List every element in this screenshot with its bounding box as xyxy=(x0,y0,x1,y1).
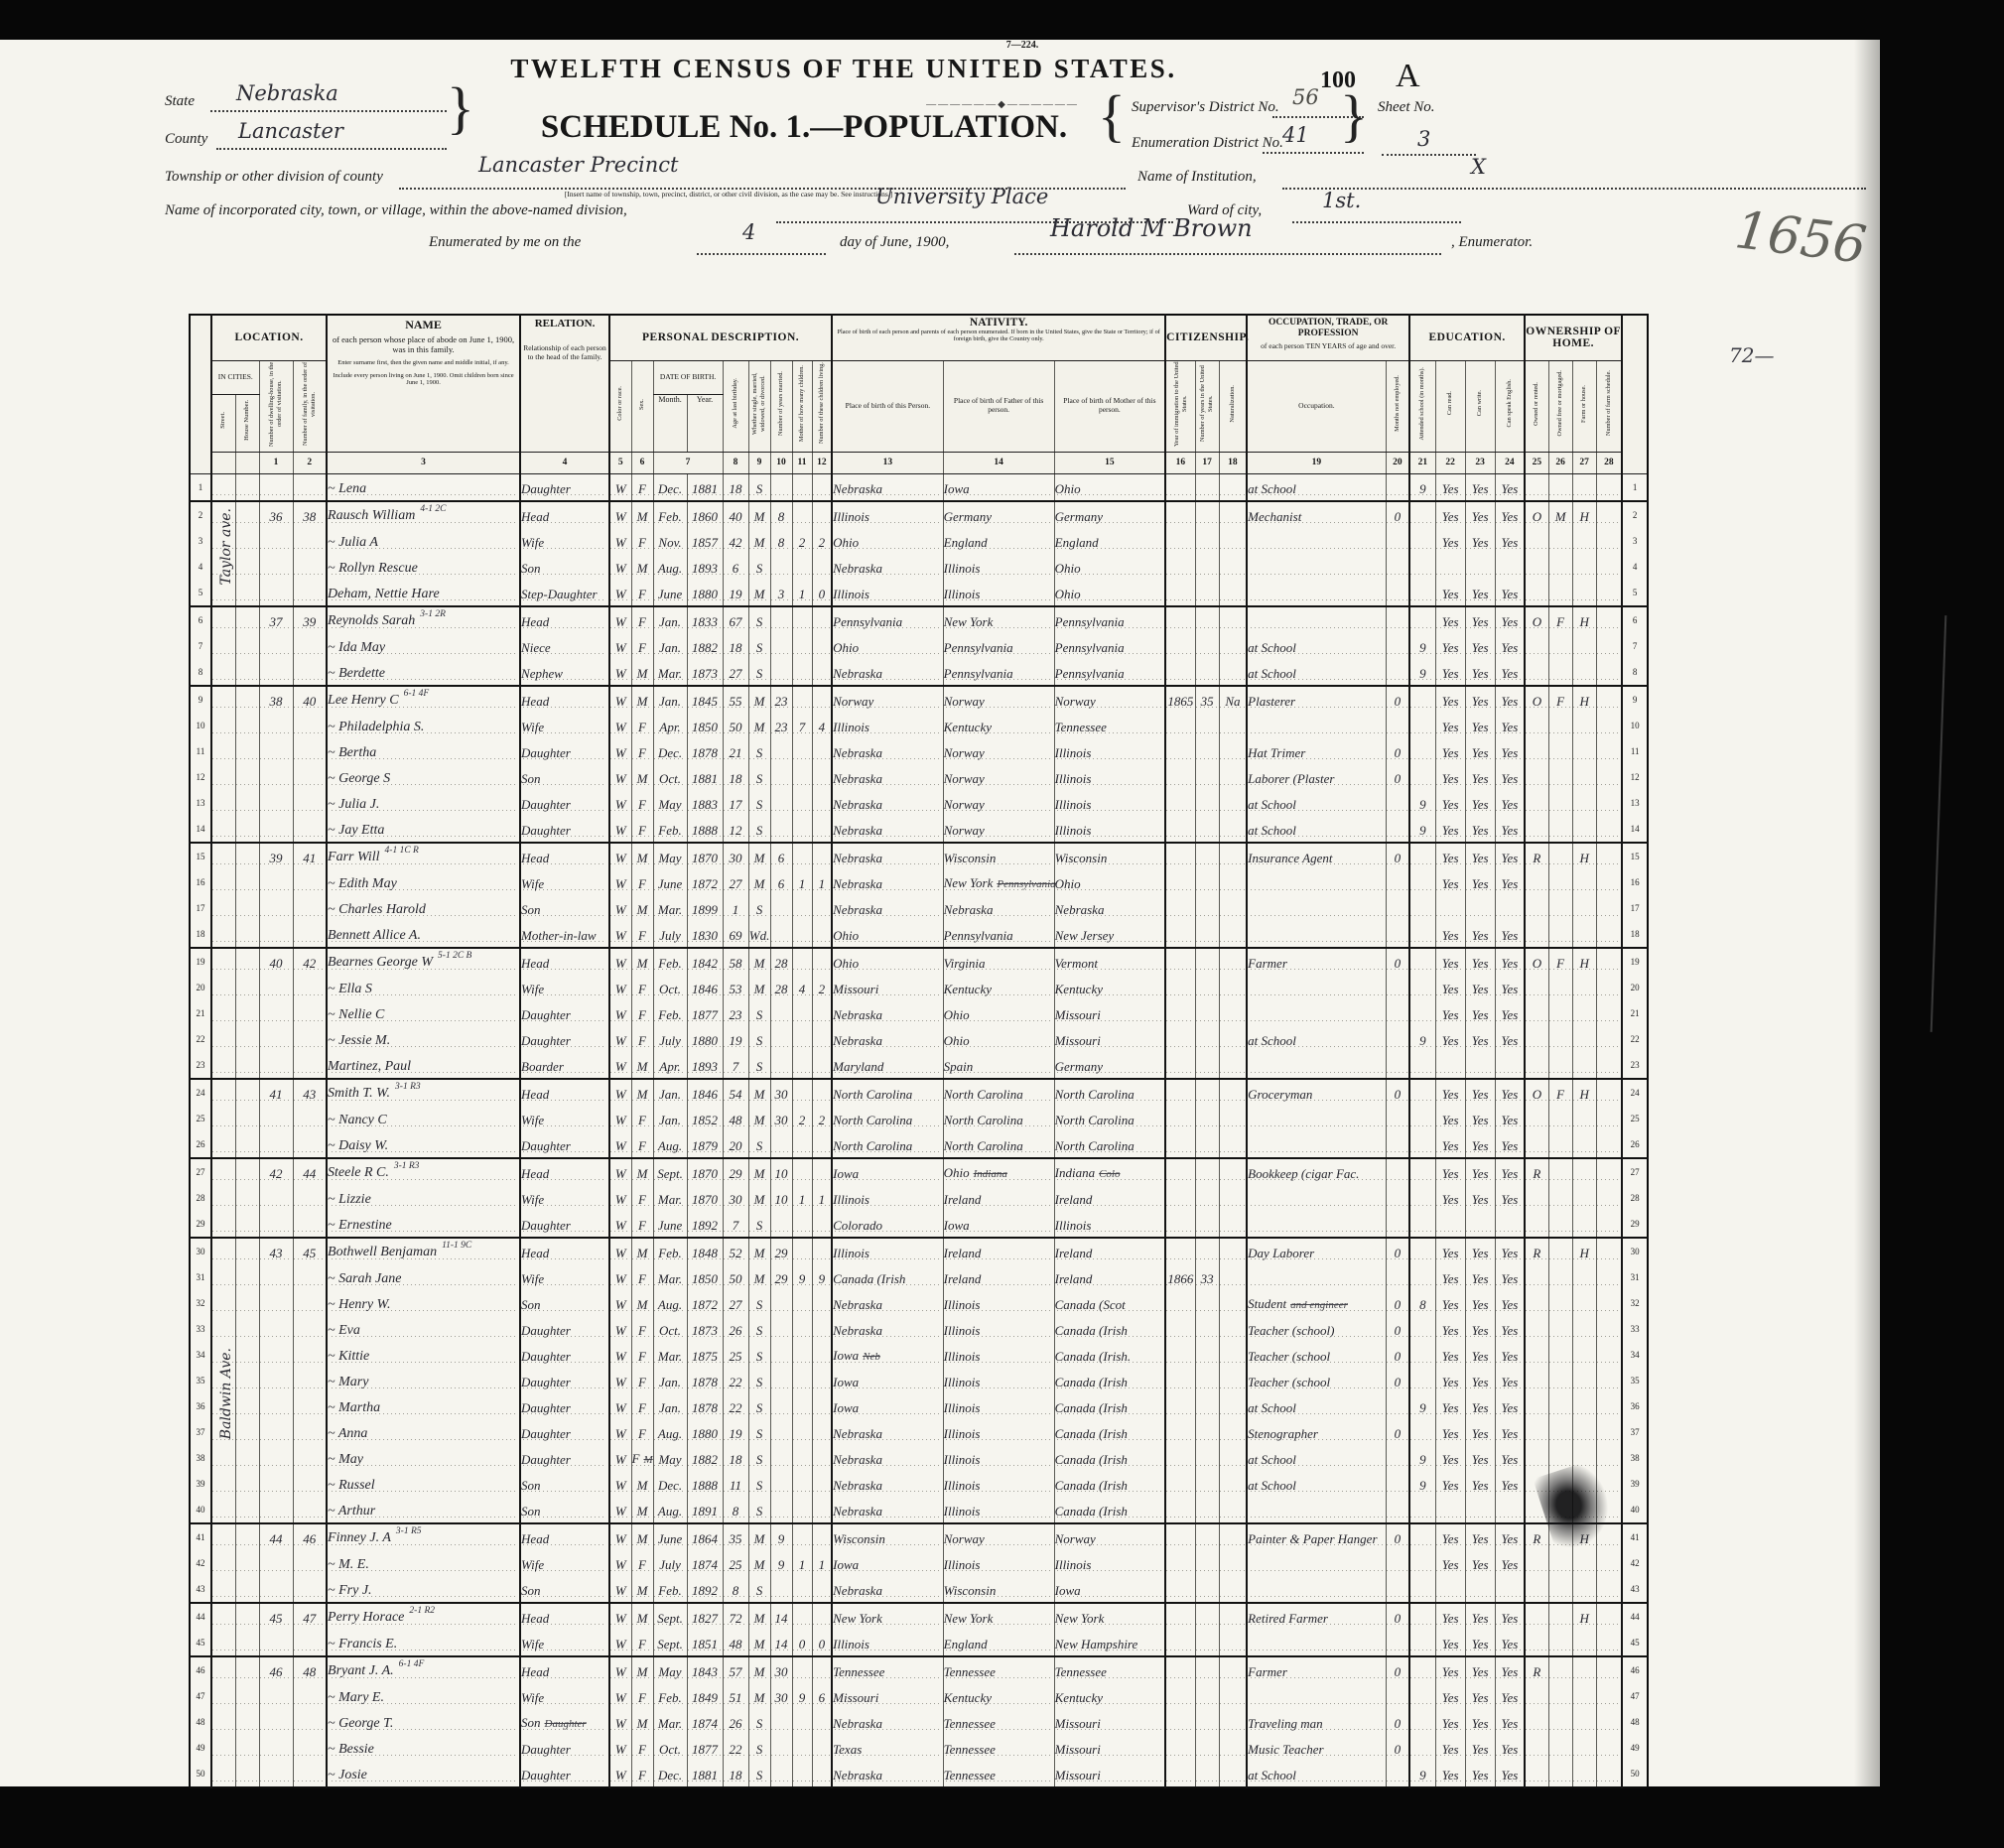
color-cell: W xyxy=(609,1368,631,1393)
family-number-cell xyxy=(293,1709,327,1735)
years-married-cell: 30 xyxy=(770,1656,792,1683)
months-not-employed-cell: 0 xyxy=(1386,1656,1409,1683)
name-cell: ~ M. E. xyxy=(327,1550,520,1576)
family-number-cell xyxy=(293,1497,327,1523)
age-cell: 18 xyxy=(723,764,748,790)
can-speak-english-cell: Yes xyxy=(1495,713,1525,738)
pob-mother-cell: New York xyxy=(1054,1603,1165,1630)
marital-cell: M xyxy=(748,948,770,975)
years-married-cell: 6 xyxy=(770,869,792,895)
attended-school-cell xyxy=(1409,1656,1435,1683)
family-number-cell xyxy=(293,1185,327,1211)
house-number-cell xyxy=(235,1290,259,1316)
mother-of-cell xyxy=(792,554,812,580)
years-in-us-cell xyxy=(1195,1393,1219,1419)
can-read-cell: Yes xyxy=(1435,1471,1465,1497)
children-living-cell xyxy=(812,1709,832,1735)
farm-schedule-cell xyxy=(1596,1000,1622,1026)
enumerator-suffix: , Enumerator. xyxy=(1451,234,1533,251)
years-in-us-cell xyxy=(1195,1106,1219,1131)
line-number-left: 9 xyxy=(190,686,211,713)
marital-cell: M xyxy=(748,501,770,528)
pob-father-cell: Germany xyxy=(943,501,1054,528)
owned-rented-cell xyxy=(1525,580,1548,606)
pob-father-cell: Norway xyxy=(943,686,1054,713)
line-number-column-head-right xyxy=(1622,315,1648,473)
can-speak-english-cell: Yes xyxy=(1495,1550,1525,1576)
pob-mother-cell: Ohio xyxy=(1054,869,1165,895)
farm-house-cell: H xyxy=(1572,686,1596,713)
mother-of-cell: 9 xyxy=(792,1264,812,1290)
owned-rented-cell xyxy=(1525,1211,1548,1238)
can-write-cell: Yes xyxy=(1465,1471,1495,1497)
pob-mother-cell: Iowa xyxy=(1054,1576,1165,1603)
house-number-cell xyxy=(235,1211,259,1238)
free-mortgaged-cell xyxy=(1548,843,1572,869)
relation-cell: SonDaughter xyxy=(520,1709,609,1735)
children-living-cell xyxy=(812,1419,832,1445)
years-married-cell xyxy=(770,1761,792,1787)
free-mortgaged-cell xyxy=(1548,1290,1572,1316)
years-in-us-cell xyxy=(1195,1683,1219,1709)
family-number-cell xyxy=(293,764,327,790)
pob-father-cell: Ohio xyxy=(943,1026,1054,1052)
colnum-27: 27 xyxy=(1572,452,1596,473)
occupation-cell: Retired Farmer xyxy=(1247,1603,1386,1630)
relation-title: RELATION. xyxy=(521,318,608,330)
dwelling-number-cell xyxy=(259,580,293,606)
enumerated-day-line xyxy=(697,252,826,255)
colnum-8: 8 xyxy=(723,452,748,473)
family-number-cell xyxy=(293,473,327,501)
pob-father-cell: North Carolina xyxy=(943,1079,1054,1106)
can-read-cell: Yes xyxy=(1435,1683,1465,1709)
free-mortgaged-cell xyxy=(1548,1342,1572,1368)
years-married-cell: 23 xyxy=(770,713,792,738)
relation-cell: Son xyxy=(520,764,609,790)
birth-month-cell: Apr. xyxy=(653,713,687,738)
line-number-left: 7 xyxy=(190,633,211,659)
birth-year-cell: 1827 xyxy=(687,1603,723,1630)
sex-cell: F xyxy=(631,738,653,764)
naturalization-cell xyxy=(1219,1630,1247,1656)
line-number-left: 49 xyxy=(190,1735,211,1761)
house-number-cell xyxy=(235,1106,259,1131)
age-cell: 11 xyxy=(723,1471,748,1497)
pob-mother-cell: Illinois xyxy=(1054,816,1165,843)
farm-house-cell xyxy=(1572,1131,1596,1158)
pob-person-cell: Nebraska xyxy=(832,1576,943,1603)
age-cell: 19 xyxy=(723,1419,748,1445)
family-number-cell xyxy=(293,790,327,816)
can-write-cell: Yes xyxy=(1465,1761,1495,1787)
street-cell xyxy=(211,869,235,895)
farm-house-cell xyxy=(1572,1550,1596,1576)
can-write-cell: Yes xyxy=(1465,816,1495,843)
house-number-cell xyxy=(235,1238,259,1264)
naturalization-cell xyxy=(1219,1106,1247,1131)
dwelling-number-cell: 41 xyxy=(259,1079,293,1106)
age-cell: 51 xyxy=(723,1683,748,1709)
children-living-cell xyxy=(812,1393,832,1419)
can-read-cell: Yes xyxy=(1435,1603,1465,1630)
pob-father-cell: Wisconsin xyxy=(943,1576,1054,1603)
owned-rented-cell: O xyxy=(1525,1079,1548,1106)
can-read-cell: Yes xyxy=(1435,1550,1465,1576)
dwelling-number-cell xyxy=(259,975,293,1000)
mother-of-cell xyxy=(792,843,812,869)
street-cell xyxy=(211,1497,235,1523)
name-desc: of each person whose place of abode on J… xyxy=(328,334,519,354)
street-cell xyxy=(211,606,235,633)
owned-rented-cell xyxy=(1525,1603,1548,1630)
house-number-cell xyxy=(235,1735,259,1761)
birth-year-cell: 1857 xyxy=(687,528,723,554)
free-mortgaged-cell: F xyxy=(1548,606,1572,633)
farm-schedule-cell xyxy=(1596,633,1622,659)
can-write-cell: Yes xyxy=(1465,1603,1495,1630)
pob-person-cell: Nebraska xyxy=(832,816,943,843)
dwelling-number-cell xyxy=(259,1026,293,1052)
birth-month-cell: Oct. xyxy=(653,764,687,790)
name-cell: ~ Eva xyxy=(327,1316,520,1342)
birth-year-cell: 1850 xyxy=(687,1264,723,1290)
years-married-cell xyxy=(770,1368,792,1393)
immigration-year-cell xyxy=(1165,816,1195,843)
marital-cell: M xyxy=(748,1630,770,1656)
years-married-cell: 30 xyxy=(770,1079,792,1106)
owned-rented-cell xyxy=(1525,1445,1548,1471)
relation-cell: Daughter xyxy=(520,1000,609,1026)
attended-school-head: Attended school (in months). xyxy=(1409,360,1435,452)
free-mortgaged-cell xyxy=(1548,1603,1572,1630)
owned-rented-cell: O xyxy=(1525,606,1548,633)
immigration-year-cell xyxy=(1165,1630,1195,1656)
table-row: 13 ~ Julia J. Daughter W F May 1883 17 S… xyxy=(190,790,1648,816)
mother-of-cell xyxy=(792,1603,812,1630)
color-cell: W xyxy=(609,816,631,843)
can-write-cell: Yes xyxy=(1465,1000,1495,1026)
dwelling-number-head: Number of dwelling-house, in the order o… xyxy=(259,360,293,452)
house-number-cell xyxy=(235,843,259,869)
sex-cell: M xyxy=(631,1158,653,1185)
mother-of-cell xyxy=(792,816,812,843)
attended-school-cell: 9 xyxy=(1409,1471,1435,1497)
owned-rented-cell: O xyxy=(1525,948,1548,975)
children-living-cell: 9 xyxy=(812,1264,832,1290)
table-row: 11 ~ Bertha Daughter W F Dec. 1878 21 S … xyxy=(190,738,1648,764)
years-married-cell: 9 xyxy=(770,1550,792,1576)
family-number-cell xyxy=(293,1683,327,1709)
birth-month-cell: June xyxy=(653,580,687,606)
occupation-cell: Studentand engineer xyxy=(1247,1290,1386,1316)
naturalization-cell xyxy=(1219,1238,1247,1264)
months-not-employed-cell: 0 xyxy=(1386,1735,1409,1761)
pob-father-cell: Ireland xyxy=(943,1238,1054,1264)
children-living-cell xyxy=(812,1735,832,1761)
immigration-year-cell xyxy=(1165,1709,1195,1735)
marital-cell: S xyxy=(748,816,770,843)
can-read-cell: Yes xyxy=(1435,1079,1465,1106)
can-read-cell: Yes xyxy=(1435,843,1465,869)
house-number-cell xyxy=(235,554,259,580)
house-number-cell xyxy=(235,1523,259,1550)
years-in-us-cell xyxy=(1195,1550,1219,1576)
can-speak-english-cell: Yes xyxy=(1495,1419,1525,1445)
sex-cell: F xyxy=(631,1264,653,1290)
mother-of-cell: 2 xyxy=(792,528,812,554)
months-not-employed-cell: 0 xyxy=(1386,948,1409,975)
color-cell: W xyxy=(609,1211,631,1238)
pob-mother-cell: Canada (Scot xyxy=(1054,1290,1165,1316)
color-cell: W xyxy=(609,869,631,895)
pob-father-cell: Norway xyxy=(943,764,1054,790)
naturalization-cell xyxy=(1219,1550,1247,1576)
naturalization-cell xyxy=(1219,738,1247,764)
pob-person-cell: Nebraska xyxy=(832,473,943,501)
months-not-employed-cell xyxy=(1386,1393,1409,1419)
pob-father-cell: Illinois xyxy=(943,554,1054,580)
relation-cell: Head xyxy=(520,1603,609,1630)
immigration-year-cell xyxy=(1165,1393,1195,1419)
line-number-left: 37 xyxy=(190,1419,211,1445)
can-write-cell: Yes xyxy=(1465,1445,1495,1471)
name-cell: ~ George S xyxy=(327,764,520,790)
months-not-employed-cell xyxy=(1386,1026,1409,1052)
date-of-birth-head: DATE OF BIRTH. xyxy=(653,360,723,395)
birth-year-cell: 1842 xyxy=(687,948,723,975)
naturalization-cell xyxy=(1219,1342,1247,1368)
table-row: 35 ~ Mary Daughter W F Jan. 1878 22 S Io… xyxy=(190,1368,1648,1393)
pob-person-cell: Nebraska xyxy=(832,764,943,790)
pob-father-cell: OhioIndiana xyxy=(943,1158,1054,1185)
months-not-employed-cell: 0 xyxy=(1386,1709,1409,1735)
occupation-cell xyxy=(1247,528,1386,554)
pob-person-cell: Ohio xyxy=(832,921,943,948)
table-row: 14 ~ Jay Etta Daughter W F Feb. 1888 12 … xyxy=(190,816,1648,843)
dwelling-number-cell xyxy=(259,1393,293,1419)
colnum-20: 20 xyxy=(1386,452,1409,473)
naturalization-cell xyxy=(1219,473,1247,501)
children-living-cell xyxy=(812,1603,832,1630)
pob-father-cell: Norway xyxy=(943,738,1054,764)
months-not-employed-cell xyxy=(1386,633,1409,659)
owned-rented-cell xyxy=(1525,1000,1548,1026)
marital-head: Whether single, married, widowed, or div… xyxy=(748,360,770,452)
years-in-us-cell xyxy=(1195,764,1219,790)
can-speak-english-cell: Yes xyxy=(1495,1106,1525,1131)
pob-father-cell: Pennsylvania xyxy=(943,633,1054,659)
immigration-year-cell xyxy=(1165,764,1195,790)
years-married-cell xyxy=(770,790,792,816)
pob-person-cell: Illinois xyxy=(832,501,943,528)
dwelling-number-cell xyxy=(259,1052,293,1079)
table-row: 16 ~ Edith May Wife W F June 1872 27 M 6… xyxy=(190,869,1648,895)
family-number-cell xyxy=(293,1264,327,1290)
house-number-cell xyxy=(235,606,259,633)
children-living-cell xyxy=(812,1523,832,1550)
children-living-cell: 2 xyxy=(812,975,832,1000)
naturalization-cell xyxy=(1219,1393,1247,1419)
name-cell: Reynolds Sarah3-1 2R xyxy=(327,606,520,633)
house-number-cell xyxy=(235,1630,259,1656)
line-number-right: 8 xyxy=(1622,659,1648,686)
birth-month-cell: Aug. xyxy=(653,554,687,580)
pob-father-cell: Norway xyxy=(943,1523,1054,1550)
marital-cell: S xyxy=(748,1000,770,1026)
family-number-cell xyxy=(293,1000,327,1026)
marital-cell: S xyxy=(748,1709,770,1735)
pob-person-cell: Illinois xyxy=(832,713,943,738)
mother-of-cell xyxy=(792,501,812,528)
can-read-cell xyxy=(1435,1052,1465,1079)
table-row: 29 ~ Ernestine Daughter W F June 1892 7 … xyxy=(190,1211,1648,1238)
can-speak-english-cell: Yes xyxy=(1495,1026,1525,1052)
house-number-cell xyxy=(235,1158,259,1185)
farm-schedule-cell xyxy=(1596,1761,1622,1787)
immigration-year-cell xyxy=(1165,1576,1195,1603)
pob-person-cell: Canada (Irish xyxy=(832,1264,943,1290)
occupation-cell xyxy=(1247,1550,1386,1576)
family-number-cell xyxy=(293,633,327,659)
years-in-us-cell xyxy=(1195,895,1219,921)
years-in-us-cell xyxy=(1195,1709,1219,1735)
can-speak-english-cell: Yes xyxy=(1495,501,1525,528)
can-read-cell: Yes xyxy=(1435,764,1465,790)
sex-cell: M xyxy=(631,1052,653,1079)
can-write-cell: Yes xyxy=(1465,473,1495,501)
years-married-cell xyxy=(770,816,792,843)
line-number-right: 1 xyxy=(1622,473,1648,501)
relation-cell: Head xyxy=(520,1238,609,1264)
immigration-year-cell: 1865 xyxy=(1165,686,1195,713)
marital-cell: M xyxy=(748,1106,770,1131)
pob-person-cell: Iowa xyxy=(832,1393,943,1419)
colnum-28: 28 xyxy=(1596,452,1622,473)
name-cell: ~ Anna xyxy=(327,1419,520,1445)
sex-cell: F xyxy=(631,606,653,633)
pob-mother-cell: New Hampshire xyxy=(1054,1630,1165,1656)
can-speak-english-cell: Yes xyxy=(1495,1603,1525,1630)
occupation-cell xyxy=(1247,1576,1386,1603)
attended-school-cell xyxy=(1409,1709,1435,1735)
pob-person-cell: Iowa xyxy=(832,1368,943,1393)
table-row: 5 Deham, Nettie Hare Step-Daughter W F J… xyxy=(190,580,1648,606)
can-speak-english-cell: Yes xyxy=(1495,633,1525,659)
mother-of-cell xyxy=(792,1393,812,1419)
mother-of-cell: 4 xyxy=(792,975,812,1000)
dwelling-number-cell: 45 xyxy=(259,1603,293,1630)
house-number-cell xyxy=(235,686,259,713)
marital-cell: M xyxy=(748,975,770,1000)
farm-house-cell xyxy=(1572,869,1596,895)
birth-month-cell: Nov. xyxy=(653,528,687,554)
family-number-cell xyxy=(293,713,327,738)
table-row: 42 ~ M. E. Wife W F July 1874 25 M 9 1 1… xyxy=(190,1550,1648,1576)
mother-of-cell xyxy=(792,1656,812,1683)
street-cell xyxy=(211,1211,235,1238)
pob-father-cell: Tennessee xyxy=(943,1709,1054,1735)
dwelling-number-cell xyxy=(259,1735,293,1761)
farm-house-cell: H xyxy=(1572,1603,1596,1630)
relation-cell: Daughter xyxy=(520,738,609,764)
marital-cell: M xyxy=(748,1603,770,1630)
naturalization-cell xyxy=(1219,606,1247,633)
years-married-cell: 6 xyxy=(770,843,792,869)
free-mortgaged-cell xyxy=(1548,1316,1572,1342)
dwelling-number-cell xyxy=(259,1445,293,1471)
birth-year-cell: 1833 xyxy=(687,606,723,633)
farm-schedule-cell xyxy=(1596,869,1622,895)
can-write-cell xyxy=(1465,1211,1495,1238)
occupation-cell: at School xyxy=(1247,1761,1386,1787)
years-married-cell: 29 xyxy=(770,1238,792,1264)
children-living-cell xyxy=(812,1445,832,1471)
owned-rented-cell: O xyxy=(1525,686,1548,713)
immigration-year-cell xyxy=(1165,1471,1195,1497)
can-speak-english-cell: Yes xyxy=(1495,816,1525,843)
line-number-left: 39 xyxy=(190,1471,211,1497)
owned-rented-cell xyxy=(1525,764,1548,790)
age-head: Age at last birthday. xyxy=(723,360,748,452)
house-number-cell xyxy=(235,1368,259,1393)
mother-of-cell xyxy=(792,1131,812,1158)
line-number-left: 14 xyxy=(190,816,211,843)
children-living-cell xyxy=(812,633,832,659)
marital-cell: M xyxy=(748,1158,770,1185)
owned-rented-cell xyxy=(1525,1683,1548,1709)
pob-father-head: Place of birth of Father of this person. xyxy=(943,360,1054,452)
colnum-1: 1 xyxy=(259,452,293,473)
occupation-cell: Traveling man xyxy=(1247,1709,1386,1735)
dwelling-number-cell xyxy=(259,1211,293,1238)
color-cell: W xyxy=(609,1026,631,1052)
farm-house-cell xyxy=(1572,1656,1596,1683)
colnum-25: 25 xyxy=(1525,452,1548,473)
age-cell: 18 xyxy=(723,1445,748,1471)
children-living-cell xyxy=(812,843,832,869)
sex-cell: F xyxy=(631,1683,653,1709)
birth-year-cell: 1870 xyxy=(687,1158,723,1185)
family-number-cell xyxy=(293,921,327,948)
years-in-us-cell xyxy=(1195,738,1219,764)
relation-cell: Daughter xyxy=(520,816,609,843)
dwelling-number-cell: 46 xyxy=(259,1656,293,1683)
immigration-year-cell xyxy=(1165,1497,1195,1523)
farm-schedule-cell xyxy=(1596,580,1622,606)
age-cell: 20 xyxy=(723,1131,748,1158)
farm-house-cell: H xyxy=(1572,948,1596,975)
occupation-cell: at School xyxy=(1247,1445,1386,1471)
colnum-15: 15 xyxy=(1054,452,1165,473)
scan-scratch-artifact xyxy=(1931,615,1947,1032)
months-not-employed-cell: 0 xyxy=(1386,686,1409,713)
years-married-cell xyxy=(770,473,792,501)
color-cell: W xyxy=(609,633,631,659)
attended-school-cell xyxy=(1409,1550,1435,1576)
age-cell: 69 xyxy=(723,921,748,948)
sex-head: Sex. xyxy=(631,360,653,452)
can-speak-english-cell: Yes xyxy=(1495,869,1525,895)
children-living-cell: 0 xyxy=(812,1630,832,1656)
age-cell: 8 xyxy=(723,1576,748,1603)
street-cell xyxy=(211,1603,235,1630)
birth-month-cell: Jan. xyxy=(653,1368,687,1393)
relation-cell: Daughter xyxy=(520,1211,609,1238)
attended-school-cell xyxy=(1409,528,1435,554)
sex-cell: F xyxy=(631,1185,653,1211)
years-in-us-cell xyxy=(1195,1419,1219,1445)
